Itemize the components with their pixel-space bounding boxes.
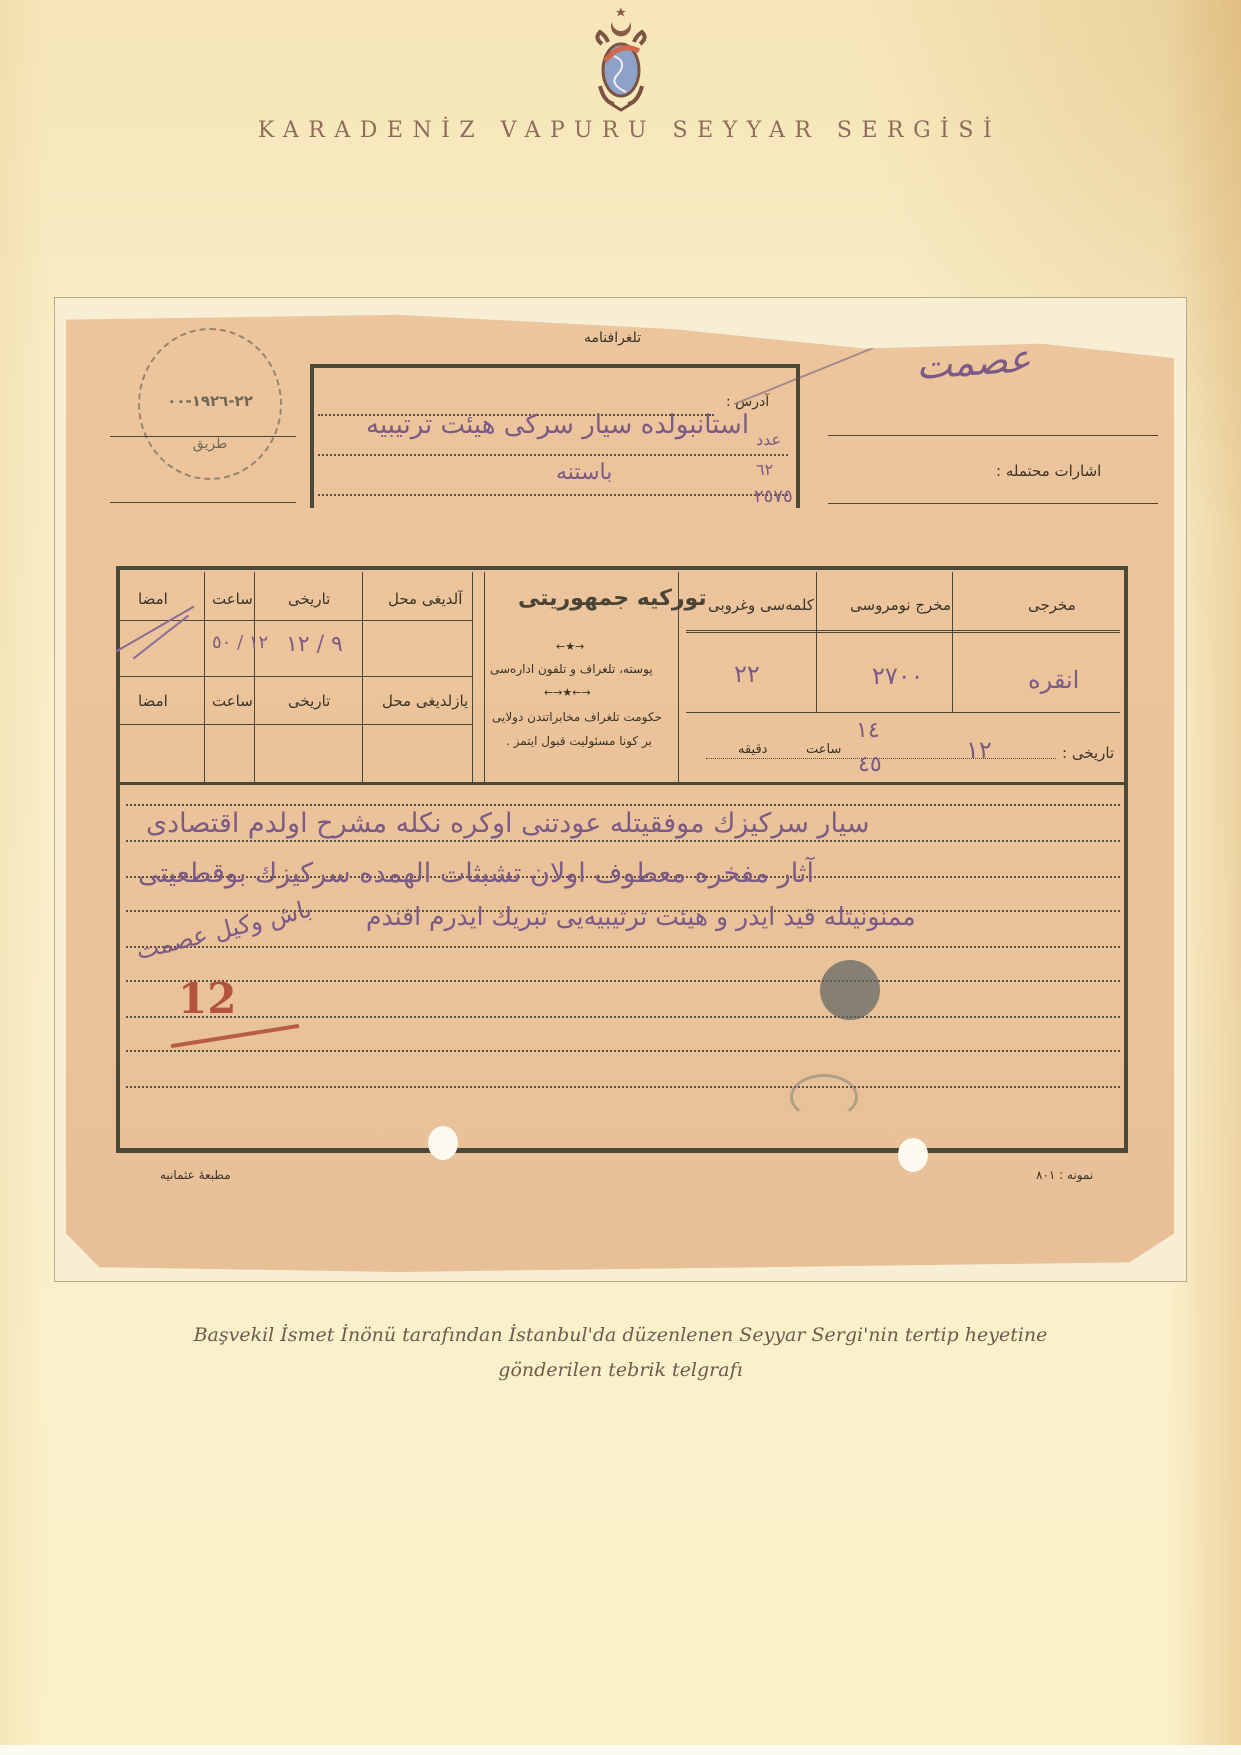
notes-rule (828, 503, 1158, 504)
page-title: KARADENİZ VAPURU SEYYAR SERGİSİ (0, 118, 1241, 143)
header-hour: ساعت (212, 692, 253, 710)
minute-label: دقیقه (738, 742, 767, 757)
date-label: تاریخی : (1062, 744, 1114, 762)
address-box-left (310, 364, 314, 508)
message-line (126, 840, 1120, 842)
header-word-count: كلمه‌سی وغروبی (708, 596, 814, 614)
row-divider (686, 712, 1120, 713)
form-top-border (116, 566, 1128, 570)
message-line (126, 946, 1120, 948)
postmark-place: طریق (140, 436, 280, 452)
message-line-3: ممنونیتله قید ایدر و هیئت ترتیبیه‌یی تبر… (366, 902, 916, 931)
postmark-rule (110, 436, 296, 437)
punch-hole (898, 1138, 928, 1172)
postmark-date: ٢٢-١٩٢٦-٠٠ (140, 392, 280, 410)
address-label: آدرس : (726, 394, 769, 410)
origin-number-value: ٢٧٠٠ (872, 662, 924, 690)
address-handwritten-line2: باستنه (556, 460, 612, 485)
archive-number: 12 (178, 974, 236, 1023)
telegram-document: تلغرافنامه عصمت ٢٢-١٩٢٦-٠٠ طریق آدرس : ا… (66, 310, 1174, 1272)
ship-emblem-icon (590, 6, 652, 112)
margin-note: ٢٥٧٥ (754, 486, 793, 507)
col-divider (472, 572, 473, 782)
received-date-value: ٩ / ١٢ (286, 632, 343, 657)
col-divider (952, 572, 953, 712)
header-written-place: یازلدیغی محل (382, 692, 468, 710)
message-line (126, 1050, 1120, 1052)
caption-line-2: gönderilen tebrik telgrafı (0, 1353, 1241, 1388)
col-divider (484, 572, 485, 782)
message-line-1: سیار سرکیزك موفقیتله عودتنی اوكره نكله م… (146, 808, 869, 839)
postmark-rule (110, 502, 296, 503)
disclaimer-line2: بر كونا مسئولیت قبول ایتمز . (506, 734, 652, 748)
address-line (318, 494, 788, 496)
hour-value: ١٤ (856, 718, 880, 743)
col-divider (362, 572, 363, 782)
form-middle-border (116, 782, 1128, 785)
header-hour: ساعت (212, 590, 253, 608)
col-divider (204, 572, 205, 782)
form-number: نمونه : ٨٠١ (1036, 1168, 1093, 1182)
disclaimer-line1: حكومت تلغراف مخابراتندن دولایی (492, 710, 662, 724)
margin-note: عدد (756, 430, 781, 449)
received-hour-value: ١٢ / ٥٠ (212, 632, 268, 653)
address-box-right (796, 364, 800, 508)
caption-line-1: Başvekil İsmet İnönü tarafından İstanbul… (0, 1318, 1241, 1353)
header-signature: امضا (138, 692, 168, 710)
form-bottom-border (116, 1148, 1128, 1153)
caption: Başvekil İsmet İnönü tarafından İstanbul… (0, 1318, 1241, 1388)
printer-mark: مطبعهٔ عثمانیه (160, 1168, 231, 1182)
address-box-top (310, 364, 798, 368)
date-value: ١٢ (966, 736, 992, 764)
header-origin: مخرجی (1028, 596, 1076, 614)
header-received-place: آلدیغی محل (388, 590, 462, 608)
message-line (126, 804, 1120, 806)
message-line (126, 980, 1120, 982)
message-line (126, 1086, 1120, 1088)
possible-notes-label: اشارات محتمله : (996, 462, 1101, 480)
ornament: ←★→ (556, 640, 584, 653)
form-left-border (116, 566, 120, 1152)
form-right-border (1124, 566, 1128, 1152)
hour-label: ساعت (806, 742, 841, 757)
ornament: ←→★←→ (544, 686, 591, 699)
margin-note: ٦٢ (756, 460, 773, 479)
address-handwritten-line1: استانبولده سیار سرکی هیئت ترتیبیه (366, 410, 749, 440)
header-origin-number: مخرج نومروسی (850, 596, 951, 614)
ink-seal (820, 960, 880, 1020)
minute-value: ٤٥ (858, 752, 882, 777)
notes-rule (828, 435, 1158, 436)
row-divider (120, 724, 472, 725)
tughra-emblem: توركیه جمهوریتی (518, 586, 707, 611)
postmark-stamp: ٢٢-١٩٢٦-٠٠ طریق (138, 328, 282, 480)
page-edge (0, 1745, 1241, 1755)
address-line (318, 454, 788, 456)
header-date: تاریخی (288, 692, 330, 710)
row-divider (120, 620, 472, 621)
col-divider (254, 572, 255, 782)
faint-seal (790, 1074, 858, 1120)
row-divider (120, 676, 472, 677)
header-divider (686, 630, 1120, 633)
form-title: تلغرافنامه (584, 330, 641, 346)
word-count-value: ٢٢ (734, 660, 760, 688)
header-date: تاریخی (288, 590, 330, 608)
punch-hole (428, 1126, 458, 1160)
origin-place-value: انقره (1028, 666, 1079, 694)
message-line (126, 1016, 1120, 1018)
col-divider (816, 572, 817, 712)
message-line-2: آثار مفخره معطوف اولان تشبثات الهمده سرک… (138, 858, 814, 889)
header-signature: امضا (138, 590, 168, 608)
office-name: پوسته، تلغراف و تلفون اداره‌سی (490, 662, 653, 676)
